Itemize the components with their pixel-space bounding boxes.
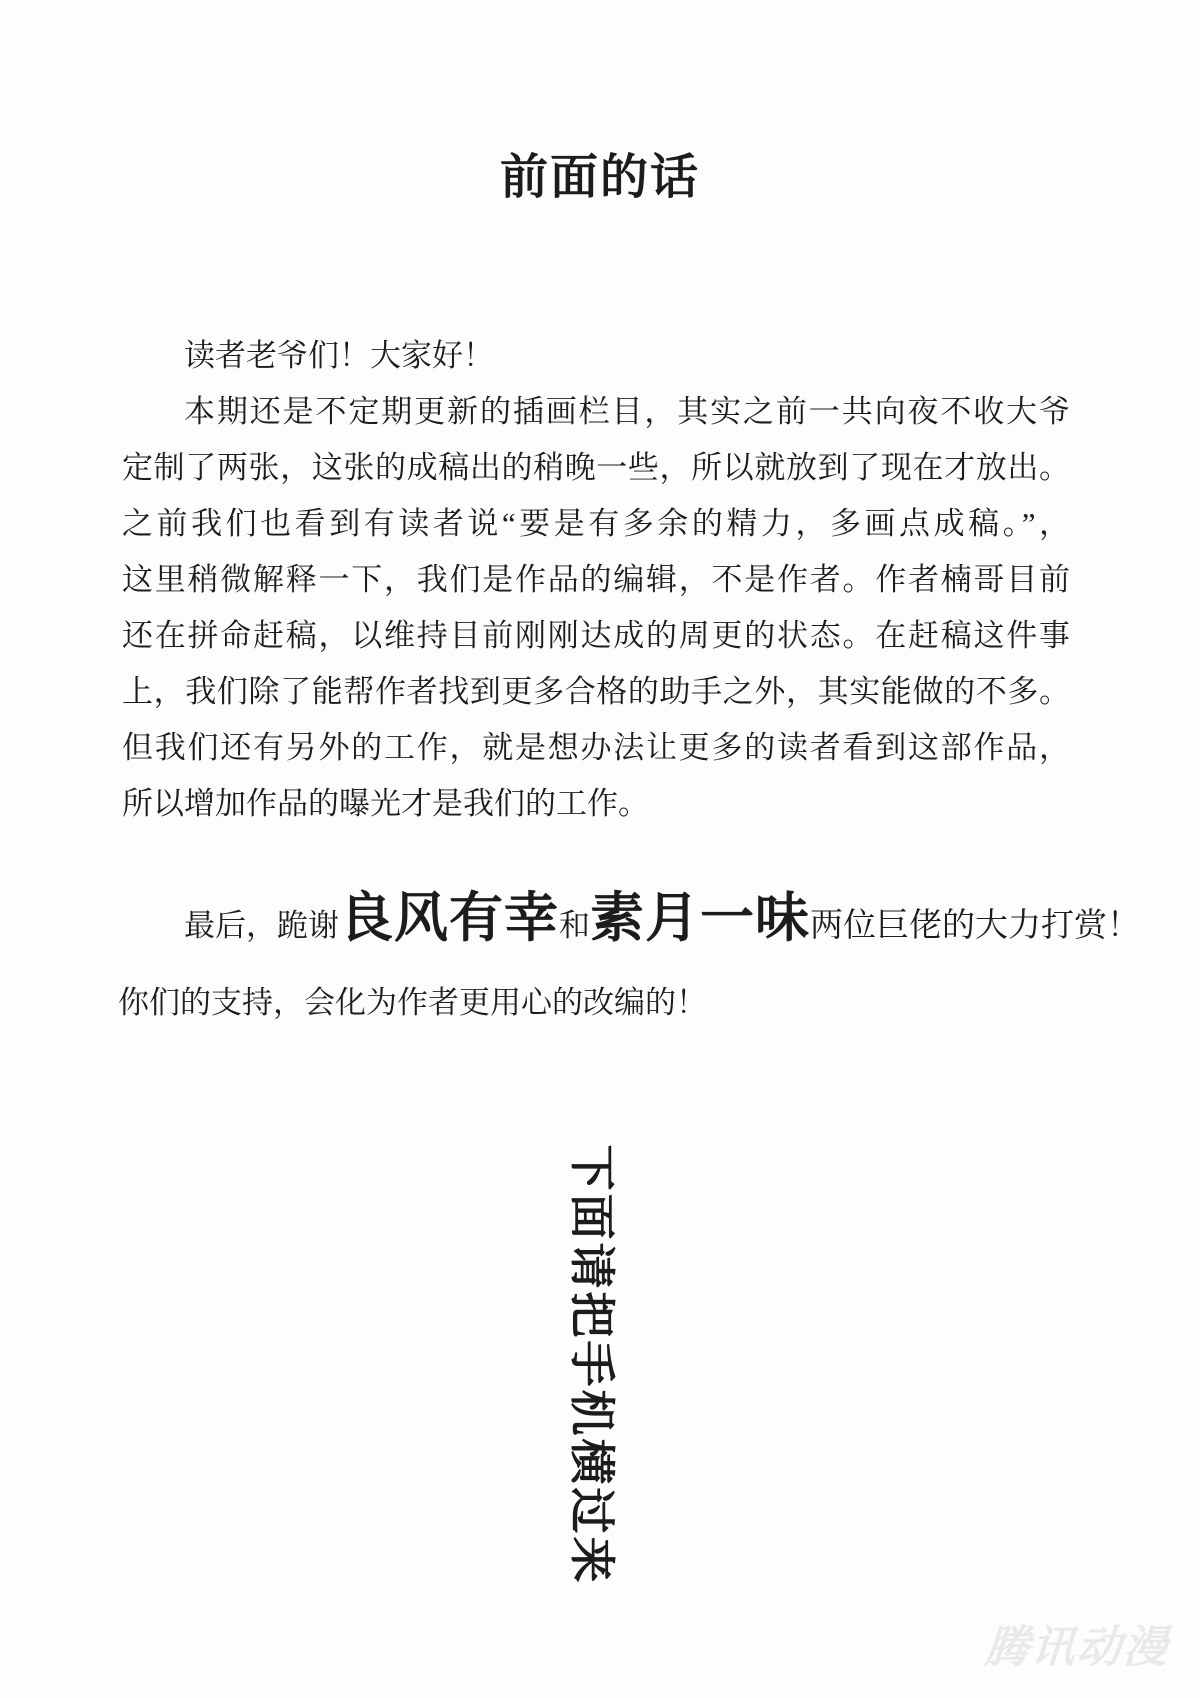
body-line: 这里稍微解释一下，我们是作品的编辑，不是作者。作者楠哥目前 (122, 552, 1070, 608)
body-line: 定制了两张，这张的成稿出的稍晚一些，所以就放到了现在才放出。 (122, 440, 1070, 496)
body-line: 所以增加作品的曝光才是我们的工作。 (122, 776, 1070, 832)
preface-page: 前面的话 读者老爷们！大家好！ 本期还是不定期更新的插画栏目，其实之前一共向夜不… (0, 0, 1200, 1698)
page-title: 前面的话 (0, 153, 1200, 203)
thanks-line-2: 你们的支持，会化为作者更用心的改编的！ (118, 975, 1078, 1031)
body-line: 上，我们除了能帮作者找到更多合格的助手之外，其实能做的不多。 (122, 664, 1070, 720)
thanks-conjunction: 和 (559, 908, 590, 943)
rotate-phone-instruction: 下面请把手机横过来 (562, 1145, 628, 1586)
thanks-line: 最后，跪谢良风有幸和素月一味两位巨佬的大力打赏！ (122, 886, 1194, 964)
body-line: 本期还是不定期更新的插画栏目，其实之前一共向夜不收大爷 (122, 384, 1070, 440)
supporter-name-1: 良风有幸 (339, 888, 559, 948)
body-line: 之前我们也看到有读者说“要是有多余的精力，多画点成稿。”， (122, 496, 1070, 552)
body-line: 但我们还有另外的工作，就是想办法让更多的读者看到这部作品， (122, 720, 1070, 776)
body-line: 还在拼命赶稿，以维持目前刚刚达成的周更的状态。在赶稿这件事 (122, 608, 1070, 664)
body-line: 读者老爷们！大家好！ (122, 328, 1070, 384)
tencent-comics-watermark: 腾讯动漫 (983, 1620, 1171, 1676)
thanks-prefix: 最后，跪谢 (184, 908, 339, 943)
supporter-name-2: 素月一味 (590, 888, 810, 948)
thanks-suffix: 两位巨佬的大力打赏！ (810, 908, 1140, 944)
body-text: 读者老爷们！大家好！ 本期还是不定期更新的插画栏目，其实之前一共向夜不收大爷 定… (122, 328, 1070, 832)
